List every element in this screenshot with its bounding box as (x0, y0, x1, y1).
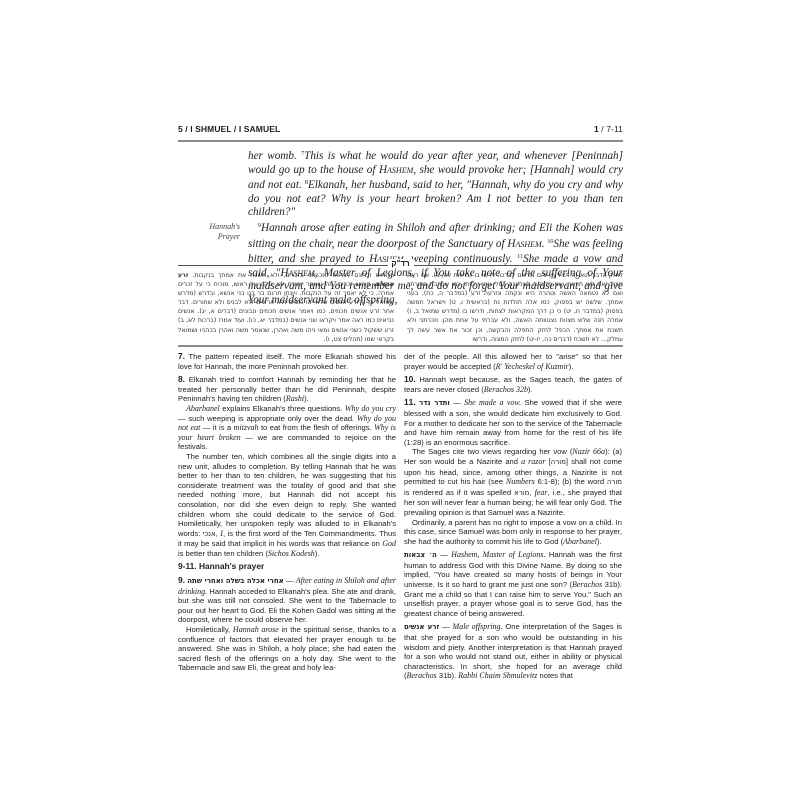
note-11-zera-anashim: זרע אנשים — Male offspring. One interpre… (404, 622, 622, 681)
radak-column-right: לחזק הדבר הוא זה הצירוף, והם זכרונם לברכ… (407, 271, 623, 344)
header-rule (178, 140, 623, 142)
chapter-verse-header: 1 / 7-11 (594, 124, 623, 134)
radak-label: רד"ק (387, 259, 413, 268)
commentary-column-right: der of the people. All this allowed her … (404, 352, 622, 685)
note-11: 11. ותדר נדר — She made a vow. She vowed… (404, 398, 622, 447)
note-9-homiletic: Homiletically, Hannah arose in the spiri… (178, 625, 396, 673)
note-8-number-ten: The number ten, which combines all the s… (178, 452, 396, 559)
note-11-sages: The Sages cite two views regarding her v… (404, 447, 622, 517)
radak-section-header: רד"ק (178, 259, 623, 271)
running-head: 5 / I SHMUEL / I SAMUEL 1 / 7-11 (178, 124, 623, 138)
note-8-abarbanel: Abarbanel explains Elkanah's three quest… (178, 404, 396, 452)
commentary-rule (178, 345, 623, 347)
section-heading-hannahs-prayer: 9-11. Hannah's prayer (178, 562, 396, 572)
note-9: 9. אחרי אכלה בשלה ואחרי שתה — After eati… (178, 576, 396, 625)
note-7: 7. The pattern repeated itself. The more… (178, 352, 396, 371)
radak-column-left: רבותינו זכרונם לברכה הזכרתני בזכרים, ולא… (178, 271, 394, 344)
note-11-hashem-tzevaos: ה׳ צבאות — Hashem, Master of Legions. Ha… (404, 550, 622, 618)
margin-sidenote: Hannah's Prayer (178, 222, 240, 242)
commentary-column-left: 7. The pattern repeated itself. The more… (178, 352, 396, 673)
note-10: 10. Hannah wept because, as the Sages te… (404, 375, 622, 394)
note-11-ordinarily: Ordinarily, a parent has no right to imp… (404, 518, 622, 547)
note-9-continued: der of the people. All this allowed her … (404, 352, 622, 371)
note-8: 8. Elkanah tried to comfort Hannah by re… (178, 375, 396, 404)
book-page: 5 / I SHMUEL / I SAMUEL 1 / 7-11 her wom… (178, 0, 623, 800)
verse-paragraph-1: her womb. 7This is what he would do year… (248, 148, 623, 220)
book-title-header: 5 / I SHMUEL / I SAMUEL (178, 124, 280, 134)
